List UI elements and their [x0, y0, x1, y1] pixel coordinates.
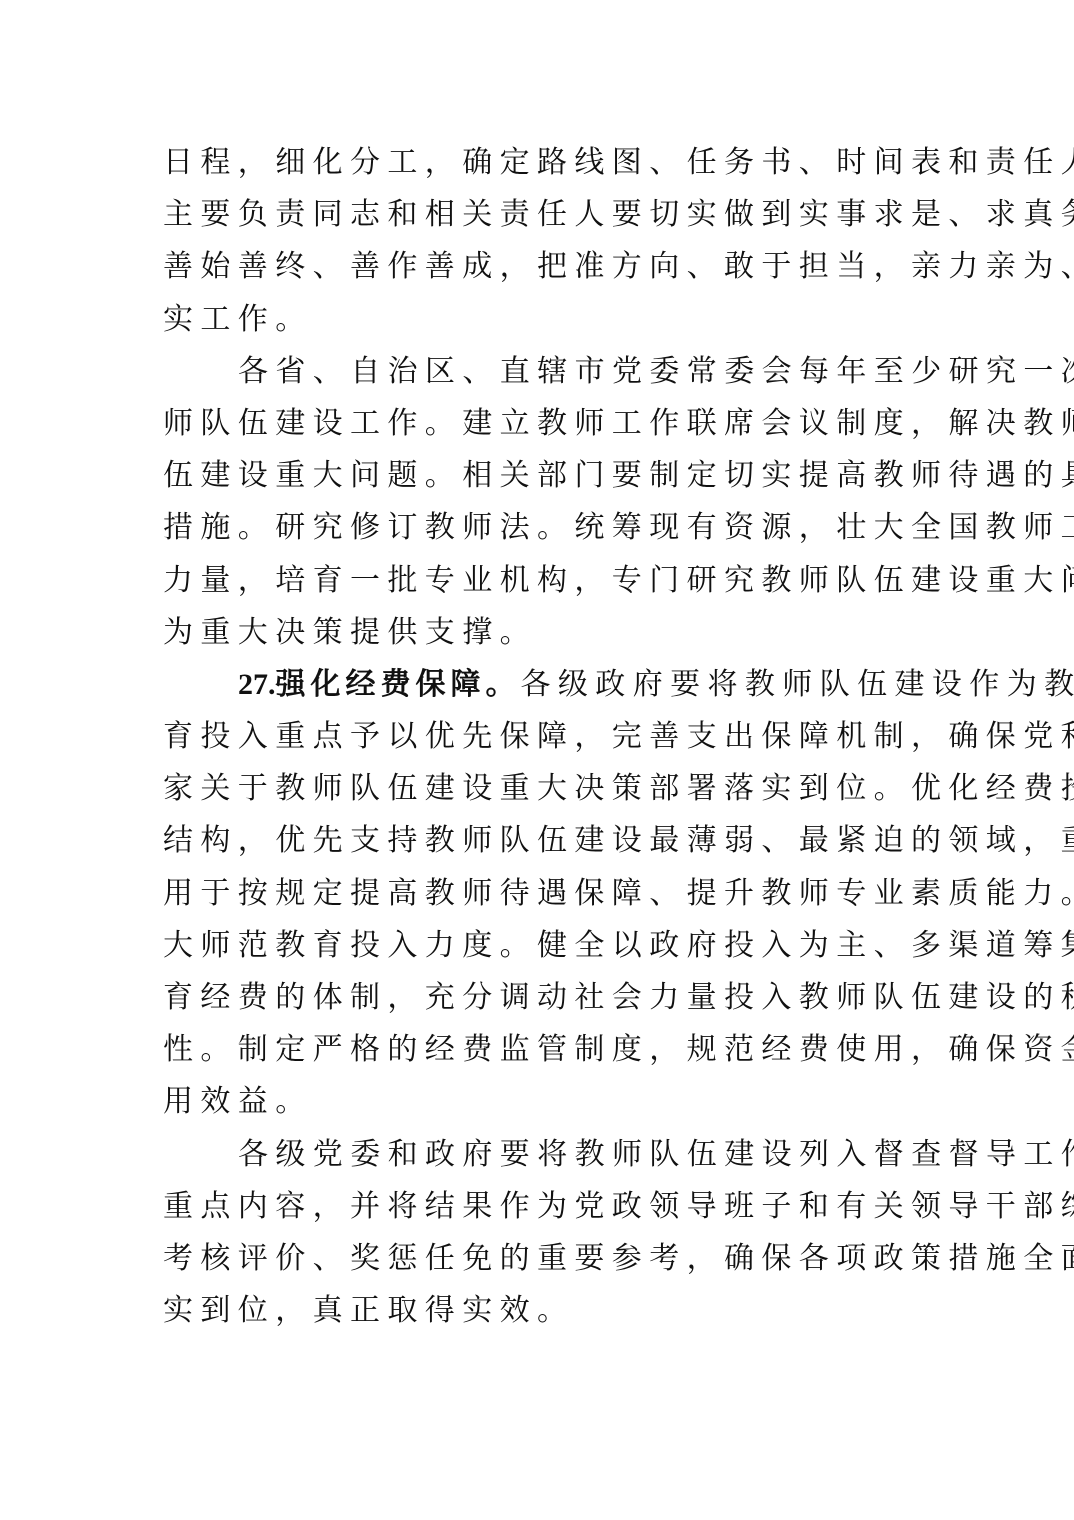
text-line: 家关于教师队伍建设重大决策部署落实到位。优化经费投入 [163, 763, 915, 815]
text-line: 用效益。 [163, 1076, 915, 1128]
text-line: 为重大决策提供支撑。 [163, 607, 915, 659]
text-line: 育经费的体制，充分调动社会力量投入教师队伍建设的积极 [163, 972, 915, 1024]
section-number: 27. [238, 668, 276, 701]
text-line: 实工作。 [163, 294, 915, 346]
section-heading-line: 27.强化经费保障。各级政府要将教师队伍建设作为教 [163, 659, 915, 711]
paragraph-provincial-committees: 各省、自治区、直辖市党委常委会每年至少研究一次教 师队伍建设工作。建立教师工作联… [163, 346, 915, 659]
text-line: 力量，培育一批专业机构，专门研究教师队伍建设重大问题， [163, 555, 915, 607]
text-line: 用于按规定提高教师待遇保障、提升教师专业素质能力。加 [163, 868, 915, 920]
text-line: 各省、自治区、直辖市党委常委会每年至少研究一次教 [163, 346, 915, 398]
document-page: 日程，细化分工，确定路线图、任务书、时间表和责任人。 主要负责同志和相关责任人要… [163, 137, 915, 1337]
text-line: 大师范教育投入力度。健全以政府投入为主、多渠道筹集教 [163, 920, 915, 972]
text-line: 各级党委和政府要将教师队伍建设列入督查督导工作 [163, 1129, 915, 1181]
paragraph-supervision: 各级党委和政府要将教师队伍建设列入督查督导工作 重点内容，并将结果作为党政领导班… [163, 1129, 915, 1338]
text-line: 日程，细化分工，确定路线图、任务书、时间表和责任人。 [163, 137, 915, 189]
text-line: 实到位，真正取得实效。 [163, 1285, 915, 1337]
text-line: 重点内容，并将结果作为党政领导班子和有关领导干部综合 [163, 1181, 915, 1233]
text-line: 伍建设重大问题。相关部门要制定切实提高教师待遇的具体 [163, 450, 915, 502]
text-line: 措施。研究修订教师法。统筹现有资源，壮大全国教师工作 [163, 502, 915, 554]
text-line: 主要负责同志和相关责任人要切实做到实事求是、求真务实， [163, 189, 915, 241]
text-line: 善始善终、善作善成，把准方向、敢于担当，亲力亲为、抓 [163, 241, 915, 293]
section-title: 强化经费保障。 [276, 667, 521, 702]
text-line: 考核评价、奖惩任免的重要参考，确保各项政策措施全面落 [163, 1233, 915, 1285]
paragraph-section-27: 27.强化经费保障。各级政府要将教师队伍建设作为教 育投入重点予以优先保障，完善… [163, 659, 915, 1129]
paragraph-continuation: 日程，细化分工，确定路线图、任务书、时间表和责任人。 主要负责同志和相关责任人要… [163, 137, 915, 346]
text-line: 育投入重点予以优先保障，完善支出保障机制，确保党和国 [163, 711, 915, 763]
text-line: 师队伍建设工作。建立教师工作联席会议制度，解决教师队 [163, 398, 915, 450]
text-line: 结构，优先支持教师队伍建设最薄弱、最紧迫的领域，重点 [163, 815, 915, 867]
section-body-start: 各级政府要将教师队伍建设作为教 [521, 667, 1074, 702]
text-line: 性。制定严格的经费监管制度，规范经费使用，确保资金使 [163, 1024, 915, 1076]
